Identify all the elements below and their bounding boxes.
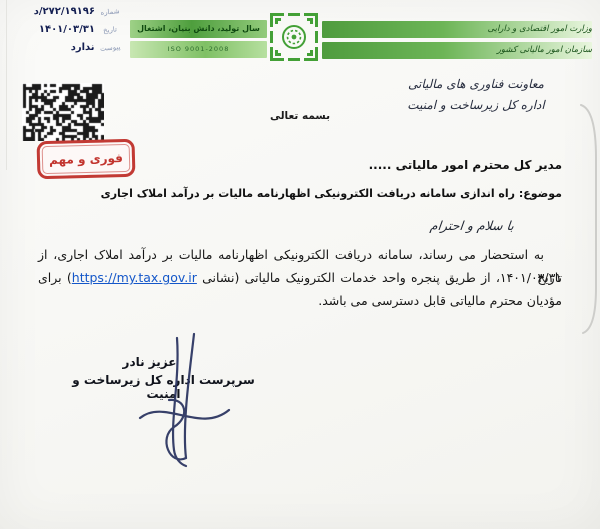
subject-line: موضوع: راه اندازی سامانه دریافت الکترونی… xyxy=(101,187,562,200)
letter-attachment-row: پیوست ندارد xyxy=(8,42,120,53)
tax-organization-logo-icon xyxy=(268,11,320,63)
page-curl-bracket xyxy=(579,100,599,338)
signatory-name: عزیز نادر xyxy=(42,355,257,369)
urgent-stamp: فوری و مهم xyxy=(37,139,136,180)
urgent-stamp-label: فوری و مهم xyxy=(49,151,123,167)
body-line-2-after-link: ) برای xyxy=(38,270,72,285)
letter-body: به استحضار می رساند، سامانه دریافت الکتر… xyxy=(38,243,562,312)
year-slogan-banner: سال تولید، دانش بنیان، اشتغال آفرین xyxy=(130,20,267,38)
letter-meta: شماره ۲۷۲/۱۹۱۹۶/د تاریخ ۱۴۰۱/۰۳/۳۱ پیوست… xyxy=(8,6,120,60)
letter-date-row: تاریخ ۱۴۰۱/۰۳/۳۱ xyxy=(8,24,120,35)
letter-date-value: ۱۴۰۱/۰۳/۳۱ xyxy=(39,24,95,35)
body-line-2: ۱۴۰۱/۰۳/۳۱، از طریق پنجره واحد خدمات الک… xyxy=(38,266,562,289)
qr-code xyxy=(22,83,104,141)
salutation-line: با سلام و احترام xyxy=(429,218,515,233)
letter-attachment-label: پیوست xyxy=(99,43,120,53)
body-line-2-before-link: ۱۴۰۱/۰۳/۳۱، از طریق پنجره واحد خدمات الک… xyxy=(197,270,562,285)
department-line1: معاونت فناوری های مالیاتی xyxy=(390,74,562,95)
body-line-1: به استحضار می رساند، سامانه دریافت الکتر… xyxy=(38,243,562,266)
letter-document: شماره ۲۷۲/۱۹۱۹۶/د تاریخ ۱۴۰۱/۰۳/۳۱ پیوست… xyxy=(0,0,600,529)
letter-number-row: شماره ۲۷۲/۱۹۱۹۶/د xyxy=(8,6,120,17)
letter-number-label: شماره xyxy=(100,7,121,17)
letter-attachment-value: ندارد xyxy=(71,42,95,53)
department-lines: معاونت فناوری های مالیاتی اداره کل زیرسا… xyxy=(390,74,562,116)
recipient-line: مدیر کل محترم امور مالیاتی ..... xyxy=(369,158,562,172)
bismillah-heading: بسمه تعالی xyxy=(230,110,370,122)
iso-certification-banner: ISO 9001-2008 xyxy=(130,41,267,58)
signature-block: عزیز نادر سرپرست اداره کل زیرساخت و امنی… xyxy=(56,355,271,401)
signatory-title: سرپرست اداره کل زیرساخت و امنیت xyxy=(56,373,271,401)
letter-date-label: تاریخ xyxy=(100,25,121,35)
department-line2: اداره کل زیرساخت و امنیت xyxy=(390,95,562,116)
ministry-banner: وزارت امور اقتصادی و دارایی xyxy=(322,21,592,38)
body-line-3: مؤدیان محترم مالیاتی قابل دسترسی می باشد… xyxy=(38,289,562,312)
letter-number-value: ۲۷۲/۱۹۱۹۶/د xyxy=(34,6,95,17)
paper-fold-line xyxy=(6,0,7,170)
tax-organization-banner: سازمان امور مالیاتی کشور xyxy=(322,42,592,59)
tax-portal-link[interactable]: https://my.tax.gov.ir xyxy=(72,270,197,285)
